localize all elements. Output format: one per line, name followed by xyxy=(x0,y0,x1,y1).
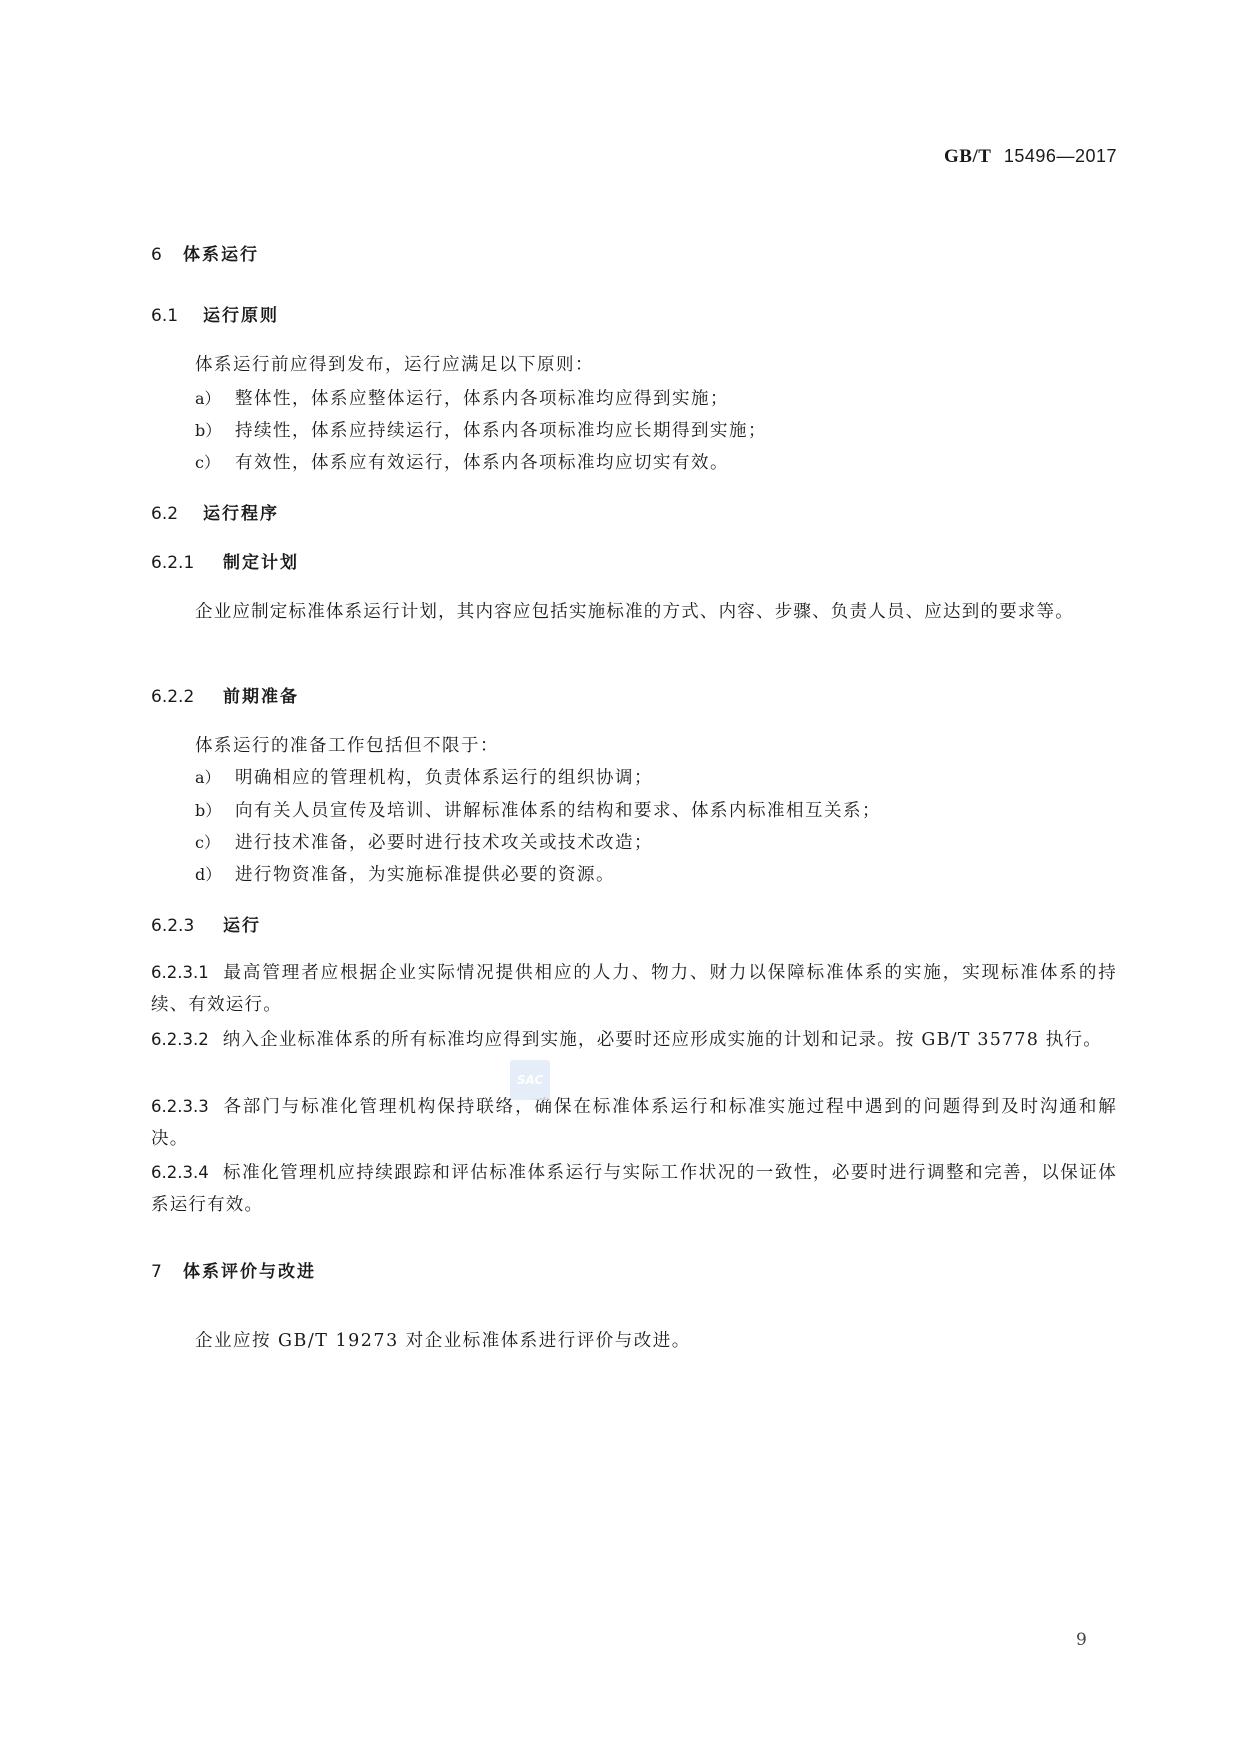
section-number: 6.2.1 xyxy=(151,553,223,573)
clause-number: 6.2.3.1 xyxy=(151,963,209,982)
list-item: c）有效性，体系应有效运行，体系内各项标准均应切实有效。 xyxy=(195,449,729,474)
list-item: a）整体性，体系应整体运行，体系内各项标准均应得到实施； xyxy=(195,385,729,410)
list-item: c）进行技术准备，必要时进行技术攻关或技术改造； xyxy=(195,829,653,854)
section-6-1-intro: 体系运行前应得到发布，运行应满足以下原则： xyxy=(195,351,594,376)
list-text: 持续性，体系应持续运行，体系内各项标准均应长期得到实施； xyxy=(235,421,767,441)
list-marker: a） xyxy=(195,765,235,788)
list-marker: b） xyxy=(195,418,235,441)
section-7-paragraph: 企业应按 GB/T 19273 对企业标准体系进行评价与改进。 xyxy=(195,1327,691,1352)
section-number: 6.2 xyxy=(151,504,203,524)
sac-watermark-logo: SAC xyxy=(510,1060,550,1100)
clause-text: 纳入企业标准体系的所有标准均应得到实施，必要时还应形成实施的计划和记录。按 GB… xyxy=(223,1030,1102,1050)
list-text: 整体性，体系应整体运行，体系内各项标准均应得到实施； xyxy=(235,389,729,409)
clause-text: 最高管理者应根据企业实际情况提供相应的人力、物力、财力以保障标准体系的实施，实现… xyxy=(151,963,1117,1015)
clause-6-2-3-3: 6.2.3.3各部门与标准化管理机构保持联络，确保在标准体系运行和标准实施过程中… xyxy=(151,1091,1117,1155)
section-6-2-heading: 6.2运行程序 xyxy=(151,499,279,524)
list-marker: c） xyxy=(195,450,235,473)
section-6-1-heading: 6.1运行原则 xyxy=(151,301,279,326)
section-6-2-3-heading: 6.2.3运行 xyxy=(151,911,261,936)
list-text: 进行技术准备，必要时进行技术攻关或技术改造； xyxy=(235,833,653,853)
clause-text: 标准化管理机应持续跟踪和评估标准体系运行与实际工作状况的一致性，必要时进行调整和… xyxy=(151,1163,1117,1215)
list-text: 明确相应的管理机构，负责体系运行的组织协调； xyxy=(235,768,653,788)
section-6-2-1-paragraph: 企业应制定标准体系运行计划，其内容应包括实施标准的方式、内容、步骤、负责人员、应… xyxy=(151,596,1117,628)
list-item: a）明确相应的管理机构，负责体系运行的组织协调； xyxy=(195,764,653,789)
section-6-2-1-heading: 6.2.1制定计划 xyxy=(151,548,299,573)
section-title: 运行原则 xyxy=(203,306,279,326)
clause-text: 各部门与标准化管理机构保持联络，确保在标准体系运行和标准实施过程中遇到的问题得到… xyxy=(151,1097,1117,1149)
section-title: 运行 xyxy=(223,916,261,936)
list-text: 有效性，体系应有效运行，体系内各项标准均应切实有效。 xyxy=(235,453,729,473)
section-title: 前期准备 xyxy=(223,687,299,707)
list-text: 进行物资准备，为实施标准提供必要的资源。 xyxy=(235,865,615,885)
section-title: 制定计划 xyxy=(223,553,299,573)
section-number: 6.2.3 xyxy=(151,916,223,936)
clause-6-2-3-1: 6.2.3.1最高管理者应根据企业实际情况提供相应的人力、物力、财力以保障标准体… xyxy=(151,957,1117,1021)
standard-code-header: GB/T 15496—2017 xyxy=(944,146,1117,168)
list-marker: a） xyxy=(195,386,235,409)
page-number: 9 xyxy=(1076,1630,1087,1650)
list-marker: b） xyxy=(195,798,235,821)
section-6-2-2-heading: 6.2.2前期准备 xyxy=(151,682,299,707)
clause-number: 6.2.3.3 xyxy=(151,1097,209,1116)
list-marker: c） xyxy=(195,830,235,853)
clause-number: 6.2.3.2 xyxy=(151,1030,209,1049)
section-6-2-2-intro: 体系运行的准备工作包括但不限于： xyxy=(195,732,499,757)
clause-6-2-3-2: 6.2.3.2纳入企业标准体系的所有标准均应得到实施，必要时还应形成实施的计划和… xyxy=(151,1024,1117,1056)
standard-code-number: 15496—2017 xyxy=(1004,146,1117,166)
section-6-heading: 6体系运行 xyxy=(151,240,259,265)
section-title: 体系评价与改进 xyxy=(183,1262,316,1282)
clause-6-2-3-4: 6.2.3.4标准化管理机应持续跟踪和评估标准体系运行与实际工作状况的一致性，必… xyxy=(151,1157,1117,1221)
section-number: 6.1 xyxy=(151,306,203,326)
section-number: 6.2.2 xyxy=(151,687,223,707)
list-item: d）进行物资准备，为实施标准提供必要的资源。 xyxy=(195,861,615,886)
clause-number: 6.2.3.4 xyxy=(151,1163,209,1182)
list-marker: d） xyxy=(195,862,235,885)
list-text: 向有关人员宣传及培训、讲解标准体系的结构和要求、体系内标准相互关系； xyxy=(235,801,881,821)
standard-code-prefix: GB/T xyxy=(944,146,991,167)
list-item: b）向有关人员宣传及培训、讲解标准体系的结构和要求、体系内标准相互关系； xyxy=(195,797,881,822)
section-number: 6 xyxy=(151,245,183,265)
list-item: b）持续性，体系应持续运行，体系内各项标准均应长期得到实施； xyxy=(195,417,767,442)
section-number: 7 xyxy=(151,1262,183,1282)
section-title: 运行程序 xyxy=(203,504,279,524)
section-7-heading: 7体系评价与改进 xyxy=(151,1257,316,1282)
section-title: 体系运行 xyxy=(183,245,259,265)
